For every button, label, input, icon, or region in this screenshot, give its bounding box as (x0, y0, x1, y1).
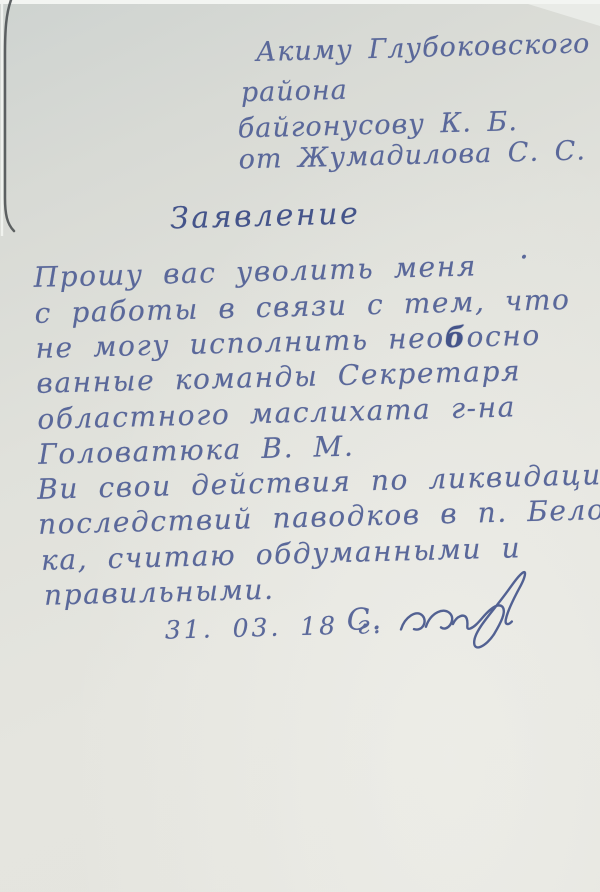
body-line-10: правильными. (44, 573, 275, 612)
recipient-line-2: района (240, 75, 348, 109)
document-title: Заявление (170, 196, 361, 236)
stray-ink-mark: · (519, 240, 529, 275)
signature-initials: С. (346, 602, 383, 638)
recipient-line-1: Акиму Глубоковского (255, 28, 590, 68)
handwritten-content: Акиму Глубоковского района байгонусову К… (0, 0, 600, 892)
ink-correction-overwrite: б (444, 321, 467, 355)
signature-flourish (393, 564, 531, 672)
photo-of-handwritten-document: Акиму Глубоковского района байгонусову К… (0, 0, 600, 892)
body-line-3-post: осно (466, 319, 541, 354)
body-line-6: Головатюка В. М. (38, 430, 355, 471)
